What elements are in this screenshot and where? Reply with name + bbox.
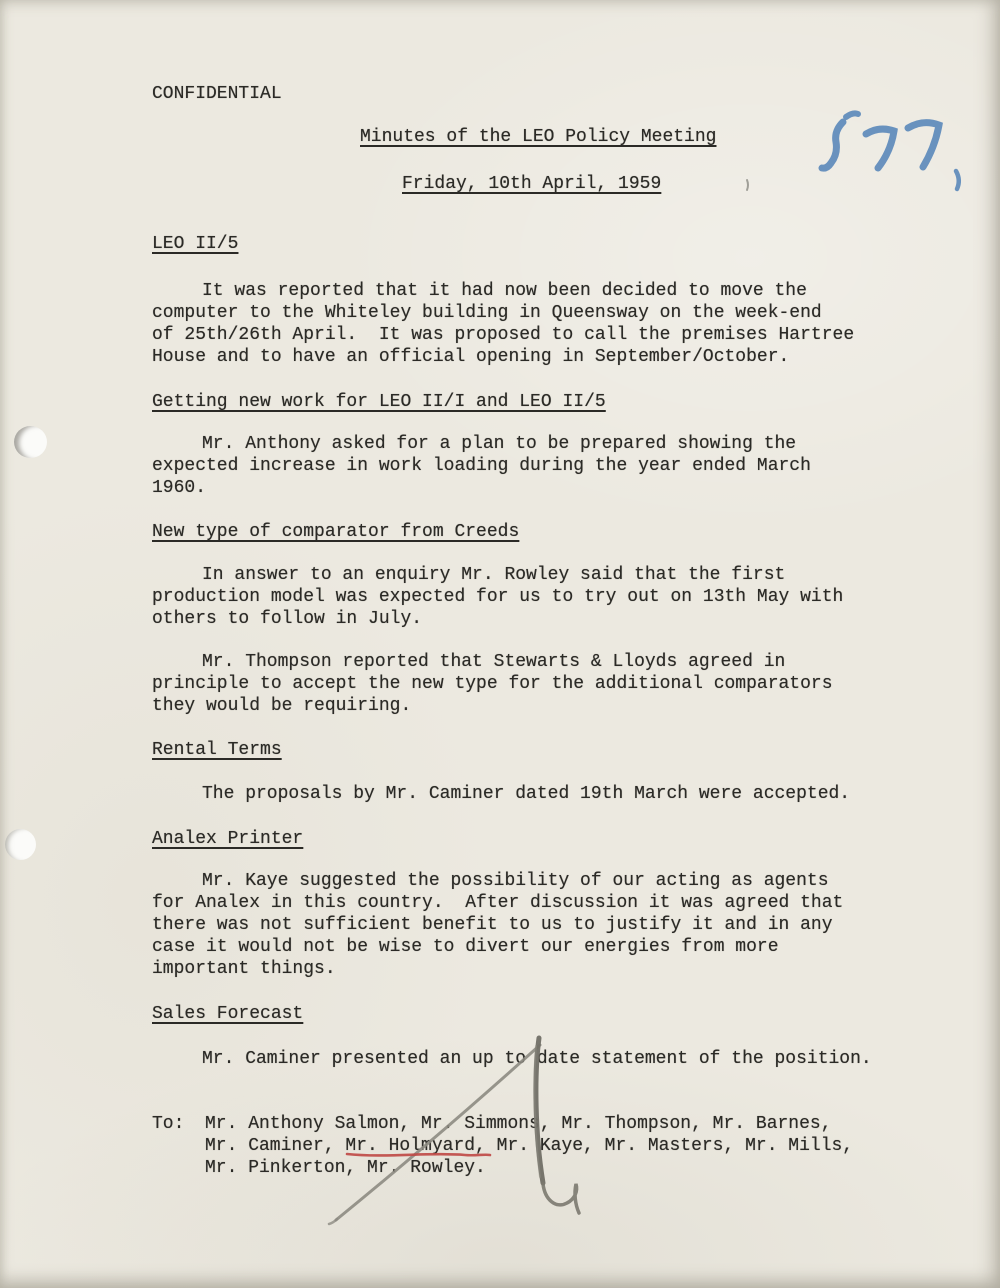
document-title: Minutes of the LEO Policy Meeting	[360, 126, 716, 148]
section-heading-sales-forecast: Sales Forecast	[152, 1003, 303, 1025]
section-heading-new-work: Getting new work for LEO II/I and LEO II…	[152, 391, 606, 413]
section-heading-comparator: New type of comparator from Creeds	[152, 521, 519, 543]
paragraph-rental-terms: The proposals by Mr. Caminer dated 19th …	[152, 783, 932, 805]
distribution-line-2: Mr. Caminer, Mr. Holmyard, Mr. Kaye, Mr.…	[205, 1135, 853, 1157]
paragraph-comparator-thompson: Mr. Thompson reported that Stewarts & Ll…	[152, 651, 932, 717]
paragraph-new-work: Mr. Anthony asked for a plan to be prepa…	[152, 433, 932, 499]
paragraph-analex-printer: Mr. Kaye suggested the possibility of ou…	[152, 870, 932, 980]
confidential-stamp: CONFIDENTIAL	[152, 83, 282, 105]
distribution-label: To:	[152, 1113, 184, 1135]
distribution-line-3: Mr. Pinkerton, Mr. Rowley.	[205, 1157, 486, 1179]
section-heading-analex-printer: Analex Printer	[152, 828, 303, 850]
section-heading-leo-ii-5: LEO II/5	[152, 233, 238, 255]
paragraph-comparator-rowley: In answer to an enquiry Mr. Rowley said …	[152, 564, 932, 630]
handwritten-number-577-icon	[822, 113, 959, 189]
document-date: Friday, 10th April, 1959	[402, 173, 661, 195]
paragraph-sales-forecast: Mr. Caminer presented an up to date stat…	[152, 1048, 932, 1070]
punch-hole-bottom	[5, 829, 36, 860]
stray-mark-icon	[747, 180, 748, 190]
distribution-line-1: Mr. Anthony Salmon, Mr. Simmons, Mr. Tho…	[205, 1113, 832, 1135]
scanned-document-page: CONFIDENTIAL Minutes of the LEO Policy M…	[0, 0, 1000, 1288]
paragraph-leo-ii-5: It was reported that it had now been dec…	[152, 280, 932, 368]
section-heading-rental-terms: Rental Terms	[152, 739, 282, 761]
punch-hole-top	[14, 426, 47, 458]
